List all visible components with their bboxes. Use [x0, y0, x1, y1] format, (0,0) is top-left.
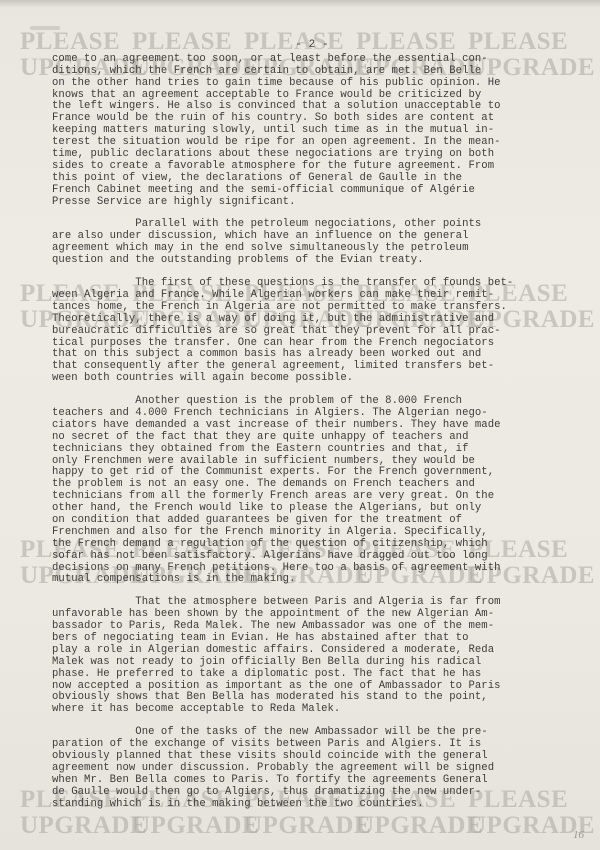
- text-line: ditions, which the French are certain to…: [52, 66, 572, 78]
- text-line: French Cabinet meeting and the semi-offi…: [52, 185, 572, 197]
- text-line: tances home, the French in Algeria are n…: [52, 302, 572, 314]
- text-line: Malek was not ready to join officially B…: [52, 657, 572, 669]
- text-line: where it has become acceptable to Reda M…: [52, 704, 572, 716]
- document-page: PLEASEPLEASEPLEASEPLEASEPLEASEUPGRADEUPG…: [0, 0, 600, 850]
- text-line: phase. He preferred to take a diplomatic…: [52, 669, 572, 681]
- ink-smudge: [30, 26, 60, 30]
- text-line: when Mr. Ben Bella comes to Paris. To fo…: [52, 775, 572, 787]
- text-line: this point of view, the declarations of …: [52, 173, 572, 185]
- text-line: Theoretically, there is a way of doing i…: [52, 314, 572, 326]
- text-line: de Gaulle would then go to Algiers, thus…: [52, 787, 572, 799]
- text-line: no secret of the fact that they are quit…: [52, 432, 572, 444]
- text-line: bureaucratic difficulties are so great t…: [52, 326, 572, 338]
- text-line: mutual compensations is in the making.: [52, 574, 572, 586]
- scan-edge-shadow: [0, 0, 600, 8]
- text-line: ween both countries will again become po…: [52, 373, 572, 385]
- paragraph: Parallel with the petroleum negociations…: [52, 219, 572, 267]
- paragraph: Another question is the problem of the 8…: [52, 396, 572, 586]
- paragraph-list: come to an agreement too soon, or at lea…: [52, 54, 572, 811]
- paragraph: come to an agreement too soon, or at lea…: [52, 54, 572, 209]
- text-line: come to an agreement too soon, or at lea…: [52, 54, 572, 66]
- text-line: technicians they obtained from the Easte…: [52, 444, 572, 456]
- text-line: the French demand a regulation of the qu…: [52, 539, 572, 551]
- text-line: play a role in Algerian domestic affairs…: [52, 645, 572, 657]
- text-line: Frenchmen and also for the French minori…: [52, 527, 572, 539]
- paragraph: The first of these questions is the tran…: [52, 278, 572, 385]
- handwritten-page-mark: 16: [573, 829, 584, 841]
- page-number: - 2 -: [52, 40, 572, 52]
- paragraph: One of the tasks of the new Ambassador w…: [52, 727, 572, 810]
- paragraph: That the atmosphere between Paris and Al…: [52, 597, 572, 716]
- text-line: ciators have demanded a vast increase of…: [52, 420, 572, 432]
- text-line: sofar has not been satisfactory. Algeria…: [52, 551, 572, 563]
- typewritten-body: - 2 - come to an agreement too soon, or …: [52, 40, 572, 821]
- text-line: agreement now under discussion. Probably…: [52, 763, 572, 775]
- text-line: Presse Service are highly significant.: [52, 197, 572, 209]
- text-line: on the other hand tries to gain time bec…: [52, 78, 572, 90]
- text-line: standing which is in the making between …: [52, 799, 572, 811]
- text-line: question and the outstanding problems of…: [52, 255, 572, 267]
